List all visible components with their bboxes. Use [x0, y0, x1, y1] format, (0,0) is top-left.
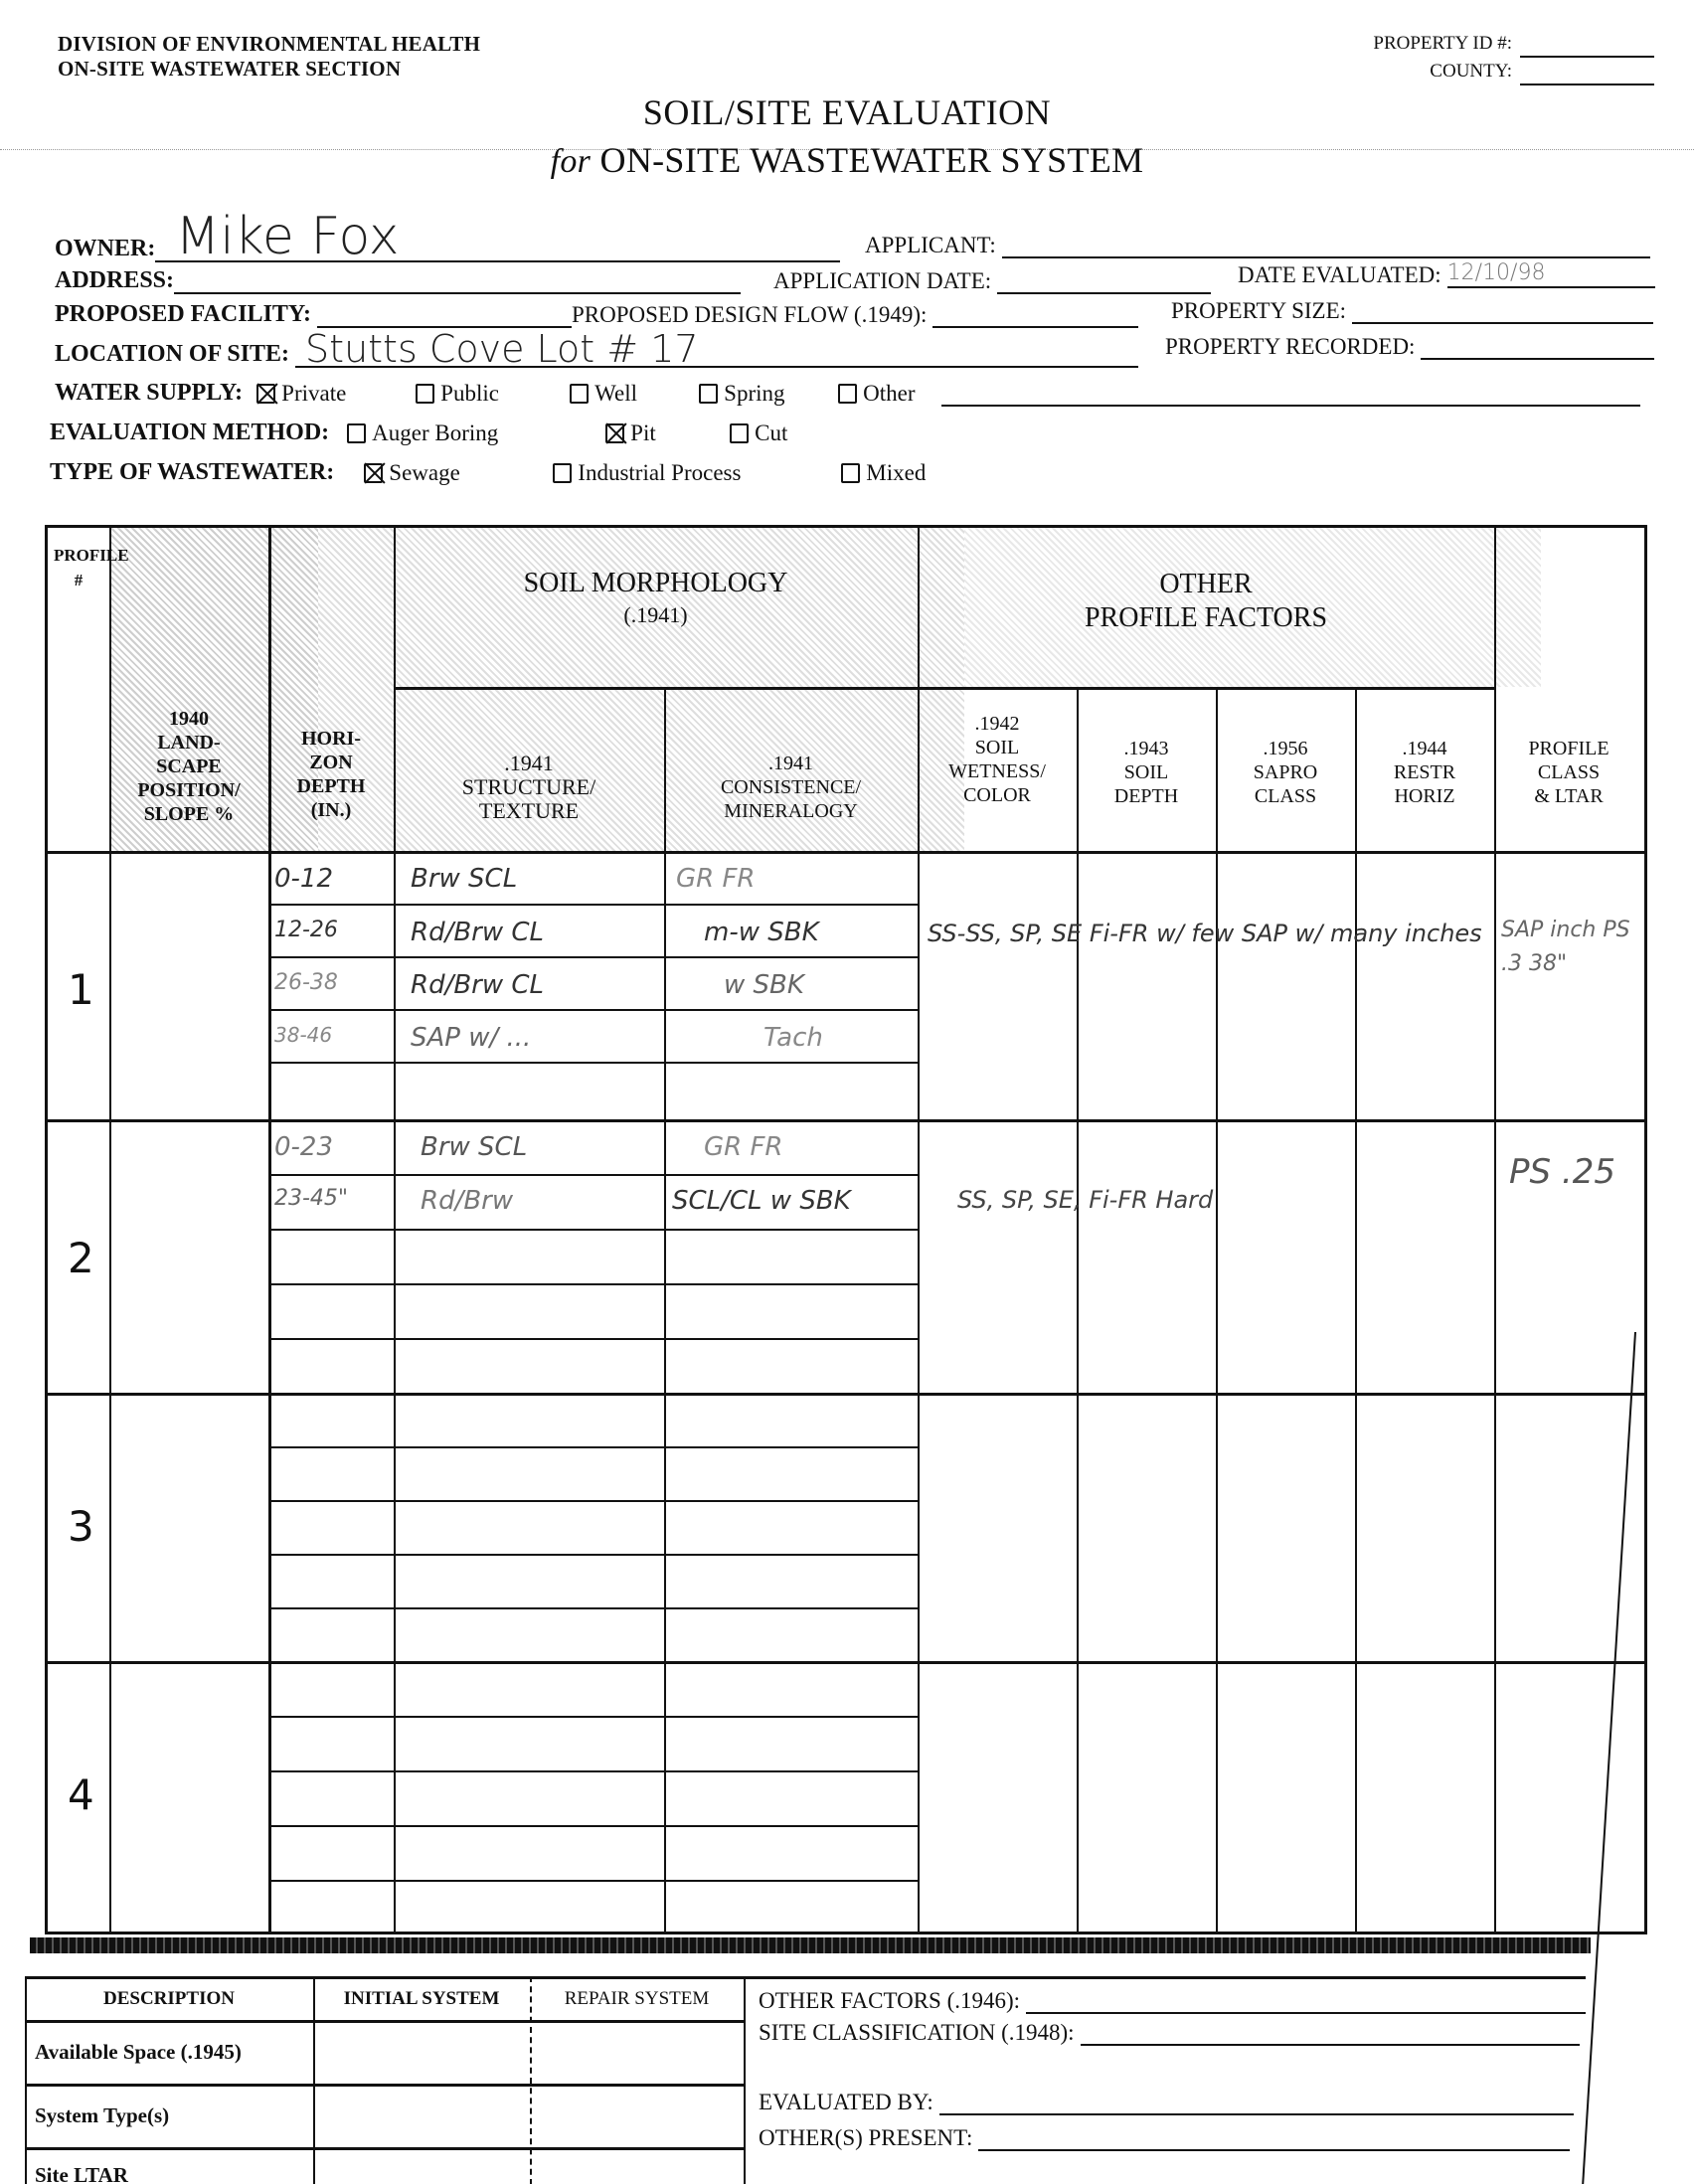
agency-header: DIVISION OF ENVIRONMENTAL HEALTH ON-SITE… [58, 32, 480, 82]
design-flow-field[interactable] [932, 300, 1138, 328]
profile-1-class-ltar[interactable]: SAP inch PS .3 38" [1501, 914, 1640, 981]
checkbox-icon[interactable] [570, 384, 589, 404]
profile-number-1: 1 [68, 965, 94, 1014]
profile-2-horizon-2-depth[interactable]: 23-45" [274, 1186, 348, 1211]
date-evaluated-field[interactable]: 12/10/98 [1447, 260, 1655, 288]
subtitle-prefix: for [551, 143, 592, 180]
water-supply-other[interactable]: Other [838, 381, 937, 407]
water-supply-spring[interactable]: Spring [699, 381, 838, 407]
agency-line-1: DIVISION OF ENVIRONMENTAL HEALTH [58, 32, 480, 57]
col-header-landscape: 1940LAND-SCAPEPOSITION/SLOPE % [109, 707, 268, 826]
col-header-structure: .1941STRUCTURE/TEXTURE [394, 752, 664, 823]
profile-2-horizon-1-structure[interactable]: Brw SCL [421, 1132, 527, 1162]
subtitle-text: ON-SITE WASTEWATER SYSTEM [600, 140, 1144, 180]
site-classification-field[interactable] [1081, 2024, 1580, 2046]
other-factors-label: OTHER FACTORS (.1946): [759, 1988, 1020, 2014]
address-field[interactable] [174, 266, 741, 294]
checkbox-icon[interactable] [553, 463, 572, 483]
evaluated-by-field[interactable] [939, 2094, 1574, 2115]
summary-section: DESCRIPTION INITIAL SYSTEM REPAIR SYSTEM… [25, 1976, 1596, 2184]
profile-1-horizon-3-structure[interactable]: Rd/Brw CL [411, 970, 544, 1000]
profile-2-horizon-1-consistence[interactable]: GR FR [704, 1132, 783, 1162]
profile-1-horizon-4-depth[interactable]: 38-46 [274, 1023, 332, 1047]
profile-1-horizon-1-structure[interactable]: Brw SCL [411, 864, 517, 894]
profile-1-horizon-1-consistence[interactable]: GR FR [676, 864, 756, 894]
col-header-horizon-depth: HORI-ZONDEPTH(IN.) [268, 727, 394, 822]
wastewater-type-mixed[interactable]: Mixed [841, 460, 926, 486]
profile-1-horizon-2-depth[interactable]: 12-26 [274, 918, 338, 942]
checkbox-icon[interactable] [730, 423, 749, 443]
form-title: SOIL/SITE EVALUATION [0, 91, 1694, 133]
group-header-other-profile-factors: OTHERPROFILE FACTORS [918, 568, 1494, 635]
profile-1-other-factors[interactable]: SS-SS, SP, SE Fi-FR w/ few SAP w/ many i… [928, 914, 1484, 953]
county-label: COUNTY: [1430, 58, 1512, 85]
col-header-profile: PROFILE # [54, 543, 103, 592]
profile-2-horizon-2-consistence[interactable]: SCL/CL w SBK [672, 1186, 851, 1216]
checkbox-icon[interactable] [699, 384, 718, 404]
summary-row-system-type: System Type(s) [35, 2103, 169, 2128]
address-label: ADDRESS: [55, 267, 174, 294]
proposed-facility-row: PROPOSED FACILITY: [55, 300, 572, 328]
location-field[interactable]: Stutts Cove Lot # 17 [295, 334, 1138, 368]
county-field[interactable] [1520, 64, 1654, 85]
group-header-soil-morphology: SOIL MORPHOLOGY (.1941) [394, 568, 918, 631]
property-size-field[interactable] [1352, 296, 1653, 324]
property-size-row: PROPERTY SIZE: [1171, 296, 1653, 324]
col-header-wetness: .1942SOILWETNESS/COLOR [918, 712, 1077, 807]
wastewater-type-row: TYPE OF WASTEWATER: Sewage Industrial Pr… [50, 459, 926, 486]
water-supply-public[interactable]: Public [416, 381, 570, 407]
profile-number-4: 4 [68, 1770, 94, 1819]
profile-1-horizon-3-consistence[interactable]: w SBK [724, 970, 804, 1000]
checkbox-checked-icon[interactable] [256, 384, 275, 404]
agency-line-2: ON-SITE WASTEWATER SECTION [58, 57, 480, 82]
col-header-sapro-class: .1956SAPROCLASS [1216, 737, 1355, 808]
water-supply-label: WATER SUPPLY: [55, 380, 243, 407]
application-date-field[interactable] [997, 266, 1211, 294]
proposed-facility-label: PROPOSED FACILITY: [55, 301, 311, 328]
evaluation-method-pit[interactable]: Pit [605, 420, 730, 446]
property-id-field[interactable] [1520, 36, 1654, 58]
col-header-profile-class: PROFILECLASS& LTAR [1494, 737, 1643, 808]
profile-number-3: 3 [68, 1502, 94, 1551]
evaluation-method-cut[interactable]: Cut [730, 420, 787, 446]
profile-1-horizon-3-depth[interactable]: 26-38 [274, 970, 338, 995]
available-space-initial[interactable] [318, 2026, 527, 2081]
water-supply-row: WATER SUPPLY: Private Public Well Spring… [55, 380, 1640, 407]
date-evaluated-label: DATE EVALUATED: [1238, 262, 1441, 288]
evaluation-method-label: EVALUATION METHOD: [50, 420, 329, 446]
available-space-repair[interactable] [534, 2026, 741, 2081]
property-recorded-row: PROPERTY RECORDED: [1165, 332, 1654, 360]
summary-row-available-space: Available Space (.1945) [35, 2040, 242, 2065]
profile-1-horizon-4-consistence[interactable]: Tach [763, 1023, 823, 1053]
profile-1-horizon-2-structure[interactable]: Rd/Brw CL [411, 918, 544, 947]
summary-header-initial: INITIAL SYSTEM [313, 1988, 530, 2010]
profile-2-class-ltar[interactable]: PS .25 [1509, 1142, 1628, 1202]
page-edge-line [1571, 1332, 1650, 2184]
owner-field[interactable]: Mike Fox [155, 217, 840, 262]
owner-row: OWNER: Mike Fox [55, 217, 840, 262]
checkbox-icon[interactable] [838, 384, 857, 404]
profile-2-horizon-2-structure[interactable]: Rd/Brw [421, 1186, 513, 1216]
profile-2-horizon-1-depth[interactable]: 0-23 [274, 1132, 333, 1162]
wastewater-type-sewage[interactable]: Sewage [364, 460, 553, 486]
summary-header-repair: REPAIR SYSTEM [530, 1988, 744, 2010]
profile-1-horizon-2-consistence[interactable]: m-w SBK [704, 918, 819, 947]
design-flow-label: PROPOSED DESIGN FLOW (.1949): [572, 302, 927, 328]
checkbox-icon[interactable] [841, 463, 860, 483]
evaluation-method-auger[interactable]: Auger Boring [347, 420, 605, 446]
application-date-row: APPLICATION DATE: [773, 266, 1211, 294]
col-header-restr-horiz: .1944RESTRHORIZ [1355, 737, 1494, 808]
proposed-facility-field[interactable] [317, 300, 572, 328]
checkbox-icon[interactable] [347, 423, 366, 443]
profile-1-horizon-4-structure[interactable]: SAP w/ ... [411, 1023, 531, 1053]
other-factors-row: OTHER FACTORS (.1946): [759, 1988, 1586, 2014]
evaluated-by-label: EVALUATED BY: [759, 2090, 933, 2115]
owner-label: OWNER: [55, 236, 155, 262]
site-classification-row: SITE CLASSIFICATION (.1948): [759, 2020, 1580, 2046]
table-bottom-bar [30, 1937, 1591, 1953]
water-supply-other-field[interactable] [941, 383, 1640, 407]
checkbox-checked-icon[interactable] [364, 463, 383, 483]
property-recorded-field[interactable] [1421, 332, 1654, 360]
evaluation-method-row: EVALUATION METHOD: Auger Boring Pit Cut [50, 420, 787, 446]
property-recorded-label: PROPERTY RECORDED: [1165, 334, 1415, 360]
location-row: LOCATION OF SITE: Stutts Cove Lot # 17 [55, 334, 1138, 368]
system-type-repair[interactable] [534, 2090, 741, 2144]
date-evaluated-row: DATE EVALUATED: 12/10/98 [1238, 260, 1655, 288]
evaluated-by-row: EVALUATED BY: [759, 2090, 1574, 2115]
profile-2-other-factors[interactable]: SS, SP, SE, Fi-FR Hard [957, 1186, 1213, 1214]
other-factors-field[interactable] [1026, 1992, 1586, 2014]
property-size-label: PROPERTY SIZE: [1171, 298, 1346, 324]
wastewater-type-industrial[interactable]: Industrial Process [553, 460, 841, 486]
property-id-label: PROPERTY ID #: [1373, 30, 1512, 58]
checkbox-checked-icon[interactable] [605, 423, 624, 443]
col-header-soil-depth: .1943SOILDEPTH [1077, 737, 1216, 808]
others-present-row: OTHER(S) PRESENT: [759, 2125, 1570, 2151]
location-label: LOCATION OF SITE: [55, 341, 289, 368]
summary-row-site-ltar: Site LTAR [35, 2163, 128, 2184]
address-row: ADDRESS: [55, 266, 741, 294]
water-supply-private[interactable]: Private [256, 381, 416, 407]
checkbox-icon[interactable] [416, 384, 434, 404]
applicant-label: APPLICANT: [865, 233, 996, 258]
others-present-field[interactable] [978, 2129, 1570, 2151]
water-supply-well[interactable]: Well [570, 381, 699, 407]
application-date-label: APPLICATION DATE: [773, 268, 991, 294]
form-subtitle: for ON-SITE WASTEWATER SYSTEM [0, 139, 1694, 181]
wastewater-type-label: TYPE OF WASTEWATER: [50, 459, 334, 486]
site-classification-label: SITE CLASSIFICATION (.1948): [759, 2020, 1075, 2046]
system-type-initial[interactable] [318, 2090, 527, 2144]
property-id-block: PROPERTY ID #: COUNTY: [1373, 30, 1654, 85]
soil-profile-table: PROFILE # 1940LAND-SCAPEPOSITION/SLOPE %… [45, 525, 1647, 1934]
applicant-row: APPLICANT: [865, 231, 1650, 258]
design-flow-row: PROPOSED DESIGN FLOW (.1949): [572, 300, 1138, 328]
col-header-consistence: .1941CONSISTENCE/MINERALOGY [664, 752, 918, 823]
summary-header-description: DESCRIPTION [25, 1988, 313, 2010]
profile-1-horizon-1-depth[interactable]: 0-12 [274, 864, 333, 894]
profile-number-2: 2 [68, 1234, 94, 1282]
others-present-label: OTHER(S) PRESENT: [759, 2125, 972, 2151]
applicant-field[interactable] [1002, 231, 1650, 258]
